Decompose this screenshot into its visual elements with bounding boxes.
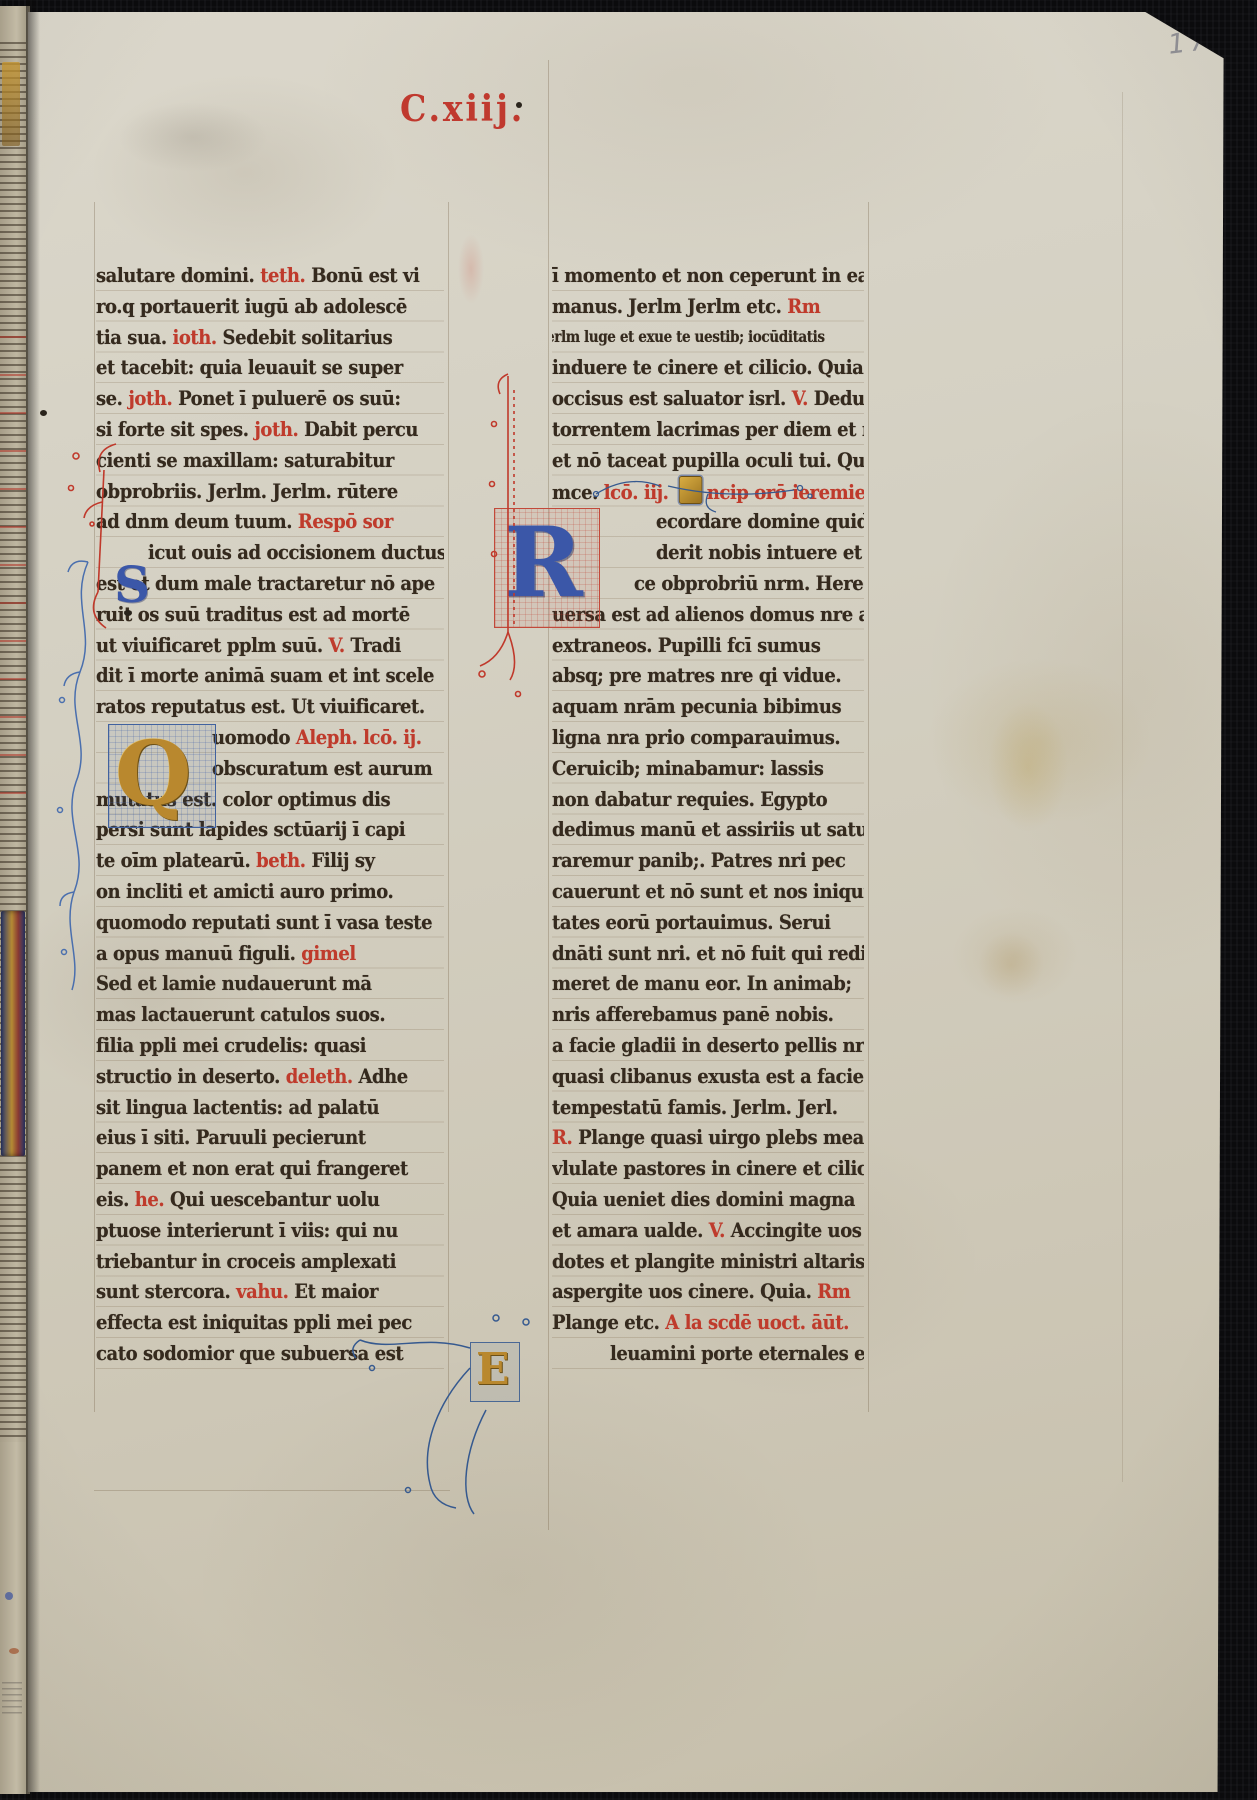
body-text: eis.	[96, 1187, 135, 1211]
body-text: Tradi	[351, 633, 401, 657]
text-line: a opus manuū figuli. gimel	[96, 938, 444, 969]
text-line: structio in deserto. deleth. Adhe	[96, 1061, 444, 1092]
body-text: ī momento et non ceperunt in ea	[552, 263, 864, 287]
body-text: mas lactauerunt catulos suos.	[96, 1002, 385, 1026]
text-line: ratos reputatus est. Ut viuificaret.	[96, 691, 444, 722]
text-line: nris afferebamus panē nobis.	[552, 999, 864, 1030]
body-text: tempestatū famis. Jerlm. Jerl.	[552, 1095, 838, 1119]
body-text: cienti se maxillam: saturabitur	[96, 448, 394, 472]
body-text: aquam nrām pecunia bibimus	[552, 694, 841, 718]
body-text: et amara ualde.	[552, 1218, 709, 1242]
body-text: Deduc qi	[814, 386, 864, 410]
text-line: eis. he. Qui uescebantur uolu	[96, 1184, 444, 1215]
rubric-text: R.	[552, 1125, 578, 1149]
text-line: on incliti et amicti auro primo.	[96, 876, 444, 907]
facing-page-gold-initial	[2, 62, 20, 146]
ruling-vertical	[868, 202, 869, 1412]
rubric-text: V.	[792, 386, 814, 410]
drop-cap-letter: Q	[115, 725, 215, 821]
text-column-right: ī momento et non ceperunt in eamanus. Je…	[552, 260, 864, 1370]
facing-page-red-staves	[0, 336, 26, 806]
body-text: ce obprobriū nrm. Hereditas nra	[634, 571, 864, 595]
rubric-text: deleth.	[286, 1064, 359, 1088]
body-text: se.	[96, 386, 128, 410]
text-line: panem et non erat qui frangeret	[96, 1153, 444, 1184]
rubric-text: V.	[329, 633, 351, 657]
body-text: sit lingua lactentis: ad palatū	[96, 1095, 379, 1119]
ink-speck	[124, 610, 132, 616]
facing-page-red-speck	[9, 1648, 19, 1654]
body-text: leuamini porte eternales et intr	[610, 1341, 864, 1365]
body-text: tia sua.	[96, 325, 172, 349]
body-text: te oīm platearū.	[96, 848, 256, 872]
body-text: extraneos. Pupilli fcī sumus	[552, 633, 820, 657]
rubric-text: joth.	[128, 386, 178, 410]
text-line: dnāti sunt nri. et nō fuit qui redi	[552, 938, 864, 969]
gutter-shadow	[26, 0, 40, 1800]
offset-pigment-smudge	[458, 234, 484, 304]
text-line: R. Plange quasi uirgo plebs mea	[552, 1122, 864, 1153]
text-line: raremur panib;. Patres nri pec	[552, 845, 864, 876]
body-text: Plange etc.	[552, 1310, 665, 1334]
text-line: dedimus manū et assiriis ut satu	[552, 814, 864, 845]
text-line: quomodo reputati sunt ī vasa teste	[96, 907, 444, 938]
rubric-text: beth.	[256, 848, 311, 872]
body-text: aspergite uos cinere. Quia.	[552, 1279, 817, 1303]
body-text: Bonū est vi	[311, 263, 419, 287]
text-line: et tacebit: quia leuauit se super	[96, 352, 444, 383]
body-text: obscuratum est aurum	[212, 756, 432, 780]
text-line: eius ī siti. Paruuli pecierunt	[96, 1122, 444, 1153]
text-line: ro.q portauerit iugū ab adolescē	[96, 291, 444, 322]
body-text: structio in deserto.	[96, 1064, 286, 1088]
rubric-text: gimel	[301, 941, 356, 965]
rubric-text: Rm	[787, 294, 820, 318]
body-text: absq; pre matres nre qi vidue.	[552, 663, 841, 687]
text-line: salutare domini. teth. Bonū est vi	[96, 260, 444, 291]
body-text: manus. Jerlm Jerlm etc.	[552, 294, 787, 318]
body-text: tates eorū portauimus. Serui	[552, 910, 830, 934]
text-line: Ceruicib; minabamur: lassis	[552, 753, 864, 784]
body-text: cauerunt et nō sunt et nos iniqui	[552, 879, 864, 903]
text-line: te oīm platearū. beth. Filij sy	[96, 845, 444, 876]
facing-page-scribble	[2, 1682, 22, 1716]
text-line: cauerunt et nō sunt et nos iniqui	[552, 876, 864, 907]
text-line: dotes et plangite ministri altaris	[552, 1246, 864, 1277]
body-text: uomodo	[212, 725, 296, 749]
text-line: ī momento et non ceperunt in ea	[552, 260, 864, 291]
body-text: ro.q portauerit iugū ab adolescē	[96, 294, 407, 318]
text-line: extraneos. Pupilli fcī sumus	[552, 630, 864, 661]
body-text: Ceruicib; minabamur: lassis	[552, 756, 823, 780]
body-text: filia ppli mei crudelis: quasi	[96, 1033, 366, 1057]
text-line: dit ī morte animā suam et int scele	[96, 660, 444, 691]
body-text: ad dnm deum tuum.	[96, 509, 298, 533]
body-text: Dabit percu	[304, 417, 418, 441]
body-text: a opus manuū figuli.	[96, 941, 301, 965]
penwork-blue-e-flourish	[338, 1240, 548, 1540]
stain	[978, 932, 1044, 998]
drop-cap-q: Q	[108, 724, 216, 828]
body-text: panem et non erat qui frangeret	[96, 1156, 408, 1180]
text-line: Sed et lamie nudauerunt mā	[96, 968, 444, 999]
text-line: leuamini porte eternales et intr	[552, 1338, 864, 1369]
facing-page-blue-speck	[5, 1592, 13, 1600]
text-line: vlulate pastores in cinere et cilicio.	[552, 1153, 864, 1184]
text-line: ligna nra prio comparauimus.	[552, 722, 864, 753]
text-line: occisus est saluator isrl. V. Deduc qi	[552, 383, 864, 414]
rubric-text: joth.	[254, 417, 304, 441]
body-text: eius ī siti. Paruuli pecierunt	[96, 1125, 366, 1149]
body-text: Accingite uos sacer	[731, 1218, 864, 1242]
body-text: dedimus manū et assiriis ut satu	[552, 817, 864, 841]
penwork-blue-margin-left	[50, 560, 100, 992]
body-text: induere te cinere et cilicio. Quia ī te	[552, 355, 864, 379]
text-line: non dabatur requies. Egypto	[552, 784, 864, 815]
body-text: vlulate pastores in cinere et cilicio.	[552, 1156, 864, 1180]
body-text: quomodo reputati sunt ī vasa teste	[96, 910, 432, 934]
penwork-red-gutter-bar	[474, 364, 534, 724]
ink-speck	[516, 102, 522, 108]
text-line: ut viuificaret pplm suū. V. Tradi	[96, 630, 444, 661]
body-text: et tacebit: quia leuauit se super	[96, 355, 403, 379]
photo-backdrop: C.xiij. 171 salutare domini. teth. Bonū …	[0, 0, 1257, 1800]
rubric-text: A la scdē uoct. āūt.	[665, 1310, 849, 1334]
ruling-vertical-margin	[1122, 92, 1123, 1482]
text-line: et amara ualde. V. Accingite uos sacer	[552, 1215, 864, 1246]
body-text: obprobriis. Jerlm. Jerlm. rūtere	[96, 479, 398, 503]
text-line: Plange etc. A la scdē uoct. āūt.	[552, 1307, 864, 1338]
body-text: Sedebit solitarius	[223, 325, 393, 349]
rubric-text: ioth.	[172, 325, 222, 349]
body-text: ligna nra prio comparauimus.	[552, 725, 840, 749]
ruling-vertical-gutter	[548, 60, 549, 1530]
body-text: quasi clibanus exusta est a facie	[552, 1064, 864, 1088]
text-line: induere te cinere et cilicio. Quia ī te	[552, 352, 864, 383]
body-text: Adhe	[358, 1064, 407, 1088]
body-text: sunt stercora.	[96, 1279, 236, 1303]
ruling-vertical	[448, 202, 449, 1412]
body-text: meret de manu eor. In animab;	[552, 971, 852, 995]
body-text: Ponet ī puluerē os suū:	[178, 386, 401, 410]
body-text: nris afferebamus panē nobis.	[552, 1002, 834, 1026]
body-text: derit nobis intuere et respi	[656, 540, 864, 564]
body-text: Filij sy	[311, 848, 374, 872]
ink-speck	[40, 410, 47, 416]
text-line: mas lactauerunt catulos suos.	[96, 999, 444, 1030]
body-text: icut ouis ad occisionem ductus	[148, 540, 444, 564]
body-text: Sed et lamie nudauerunt mā	[96, 971, 372, 995]
body-text: non dabatur requies. Egypto	[552, 787, 827, 811]
body-text: Jerlm luge et exue te uestib; iocūditati…	[552, 327, 825, 346]
body-text: ut viuificaret pplm suū.	[96, 633, 329, 657]
rubric-text: Rm	[817, 1279, 850, 1303]
text-line: tia sua. ioth. Sedebit solitarius	[96, 322, 444, 353]
text-line: Jerlm luge et exue te uestib; iocūditati…	[552, 322, 864, 353]
facing-page-illuminated-border	[1, 911, 25, 1156]
penwork-blue-incipit-initial	[588, 460, 828, 520]
body-text: dotes et plangite ministri altaris	[552, 1249, 864, 1273]
stain	[118, 102, 268, 172]
text-line: ad dnm deum tuum. Respō sor	[96, 506, 444, 537]
body-text: Qui uescebantur uolu	[170, 1187, 379, 1211]
body-text: a facie gladii in deserto pellis nra	[552, 1033, 864, 1057]
text-line: meret de manu eor. In animab;	[552, 968, 864, 999]
body-text: dnāti sunt nri. et nō fuit qui redi	[552, 941, 864, 965]
text-line: quasi clibanus exusta est a facie	[552, 1061, 864, 1092]
rubric-text: V.	[709, 1218, 731, 1242]
body-text: Plange quasi uirgo plebs mea	[578, 1125, 864, 1149]
text-line: aspergite uos cinere. Quia. Rm	[552, 1276, 864, 1307]
text-line: filia ppli mei crudelis: quasi	[96, 1030, 444, 1061]
text-line: sit lingua lactentis: ad palatū	[96, 1092, 444, 1123]
text-line: torrentem lacrimas per diem et noctē	[552, 414, 864, 445]
text-line: cienti se maxillam: saturabitur	[96, 445, 444, 476]
stain	[988, 702, 1068, 832]
body-text: on incliti et amicti auro primo.	[96, 879, 393, 903]
manuscript-page: C.xiij. 171 salutare domini. teth. Bonū …	[28, 12, 1232, 1792]
text-line: tates eorū portauimus. Serui	[552, 907, 864, 938]
body-text: salutare domini.	[96, 263, 260, 287]
text-line: si forte sit spes. joth. Dabit percu	[96, 414, 444, 445]
text-line: a facie gladii in deserto pellis nra	[552, 1030, 864, 1061]
text-line: manus. Jerlm Jerlm etc. Rm	[552, 291, 864, 322]
text-line: obprobriis. Jerlm. Jerlm. rūtere	[96, 476, 444, 507]
rubric-text: vahu.	[236, 1279, 294, 1303]
body-text: dit ī morte animā suam et int scele	[96, 663, 434, 687]
rubric-text: teth.	[260, 263, 311, 287]
text-line: tempestatū famis. Jerlm. Jerl.	[552, 1092, 864, 1123]
text-line: aquam nrām pecunia bibimus	[552, 691, 864, 722]
body-text: ratos reputatus est. Ut viuificaret.	[96, 694, 425, 718]
body-text: occisus est saluator isrl.	[552, 386, 792, 410]
body-text: torrentem lacrimas per diem et noctē	[552, 417, 864, 441]
text-line: Quia ueniet dies domini magna	[552, 1184, 864, 1215]
text-line: se. joth. Ponet ī puluerē os suū:	[96, 383, 444, 414]
rubric-text: he.	[135, 1187, 170, 1211]
folio-heading: C.xiij.	[400, 88, 525, 130]
folio-number: 171	[1166, 22, 1233, 61]
body-text: raremur panib;. Patres nri pec	[552, 848, 845, 872]
body-text: Quia ueniet dies domini magna	[552, 1187, 855, 1211]
rubric-text: Respō sor	[298, 509, 393, 533]
body-text: ptuose interierunt ī viis: qui nu	[96, 1218, 398, 1242]
text-line: absq; pre matres nre qi vidue.	[552, 660, 864, 691]
rubric-text: Aleph. lcō. ij.	[296, 725, 422, 749]
